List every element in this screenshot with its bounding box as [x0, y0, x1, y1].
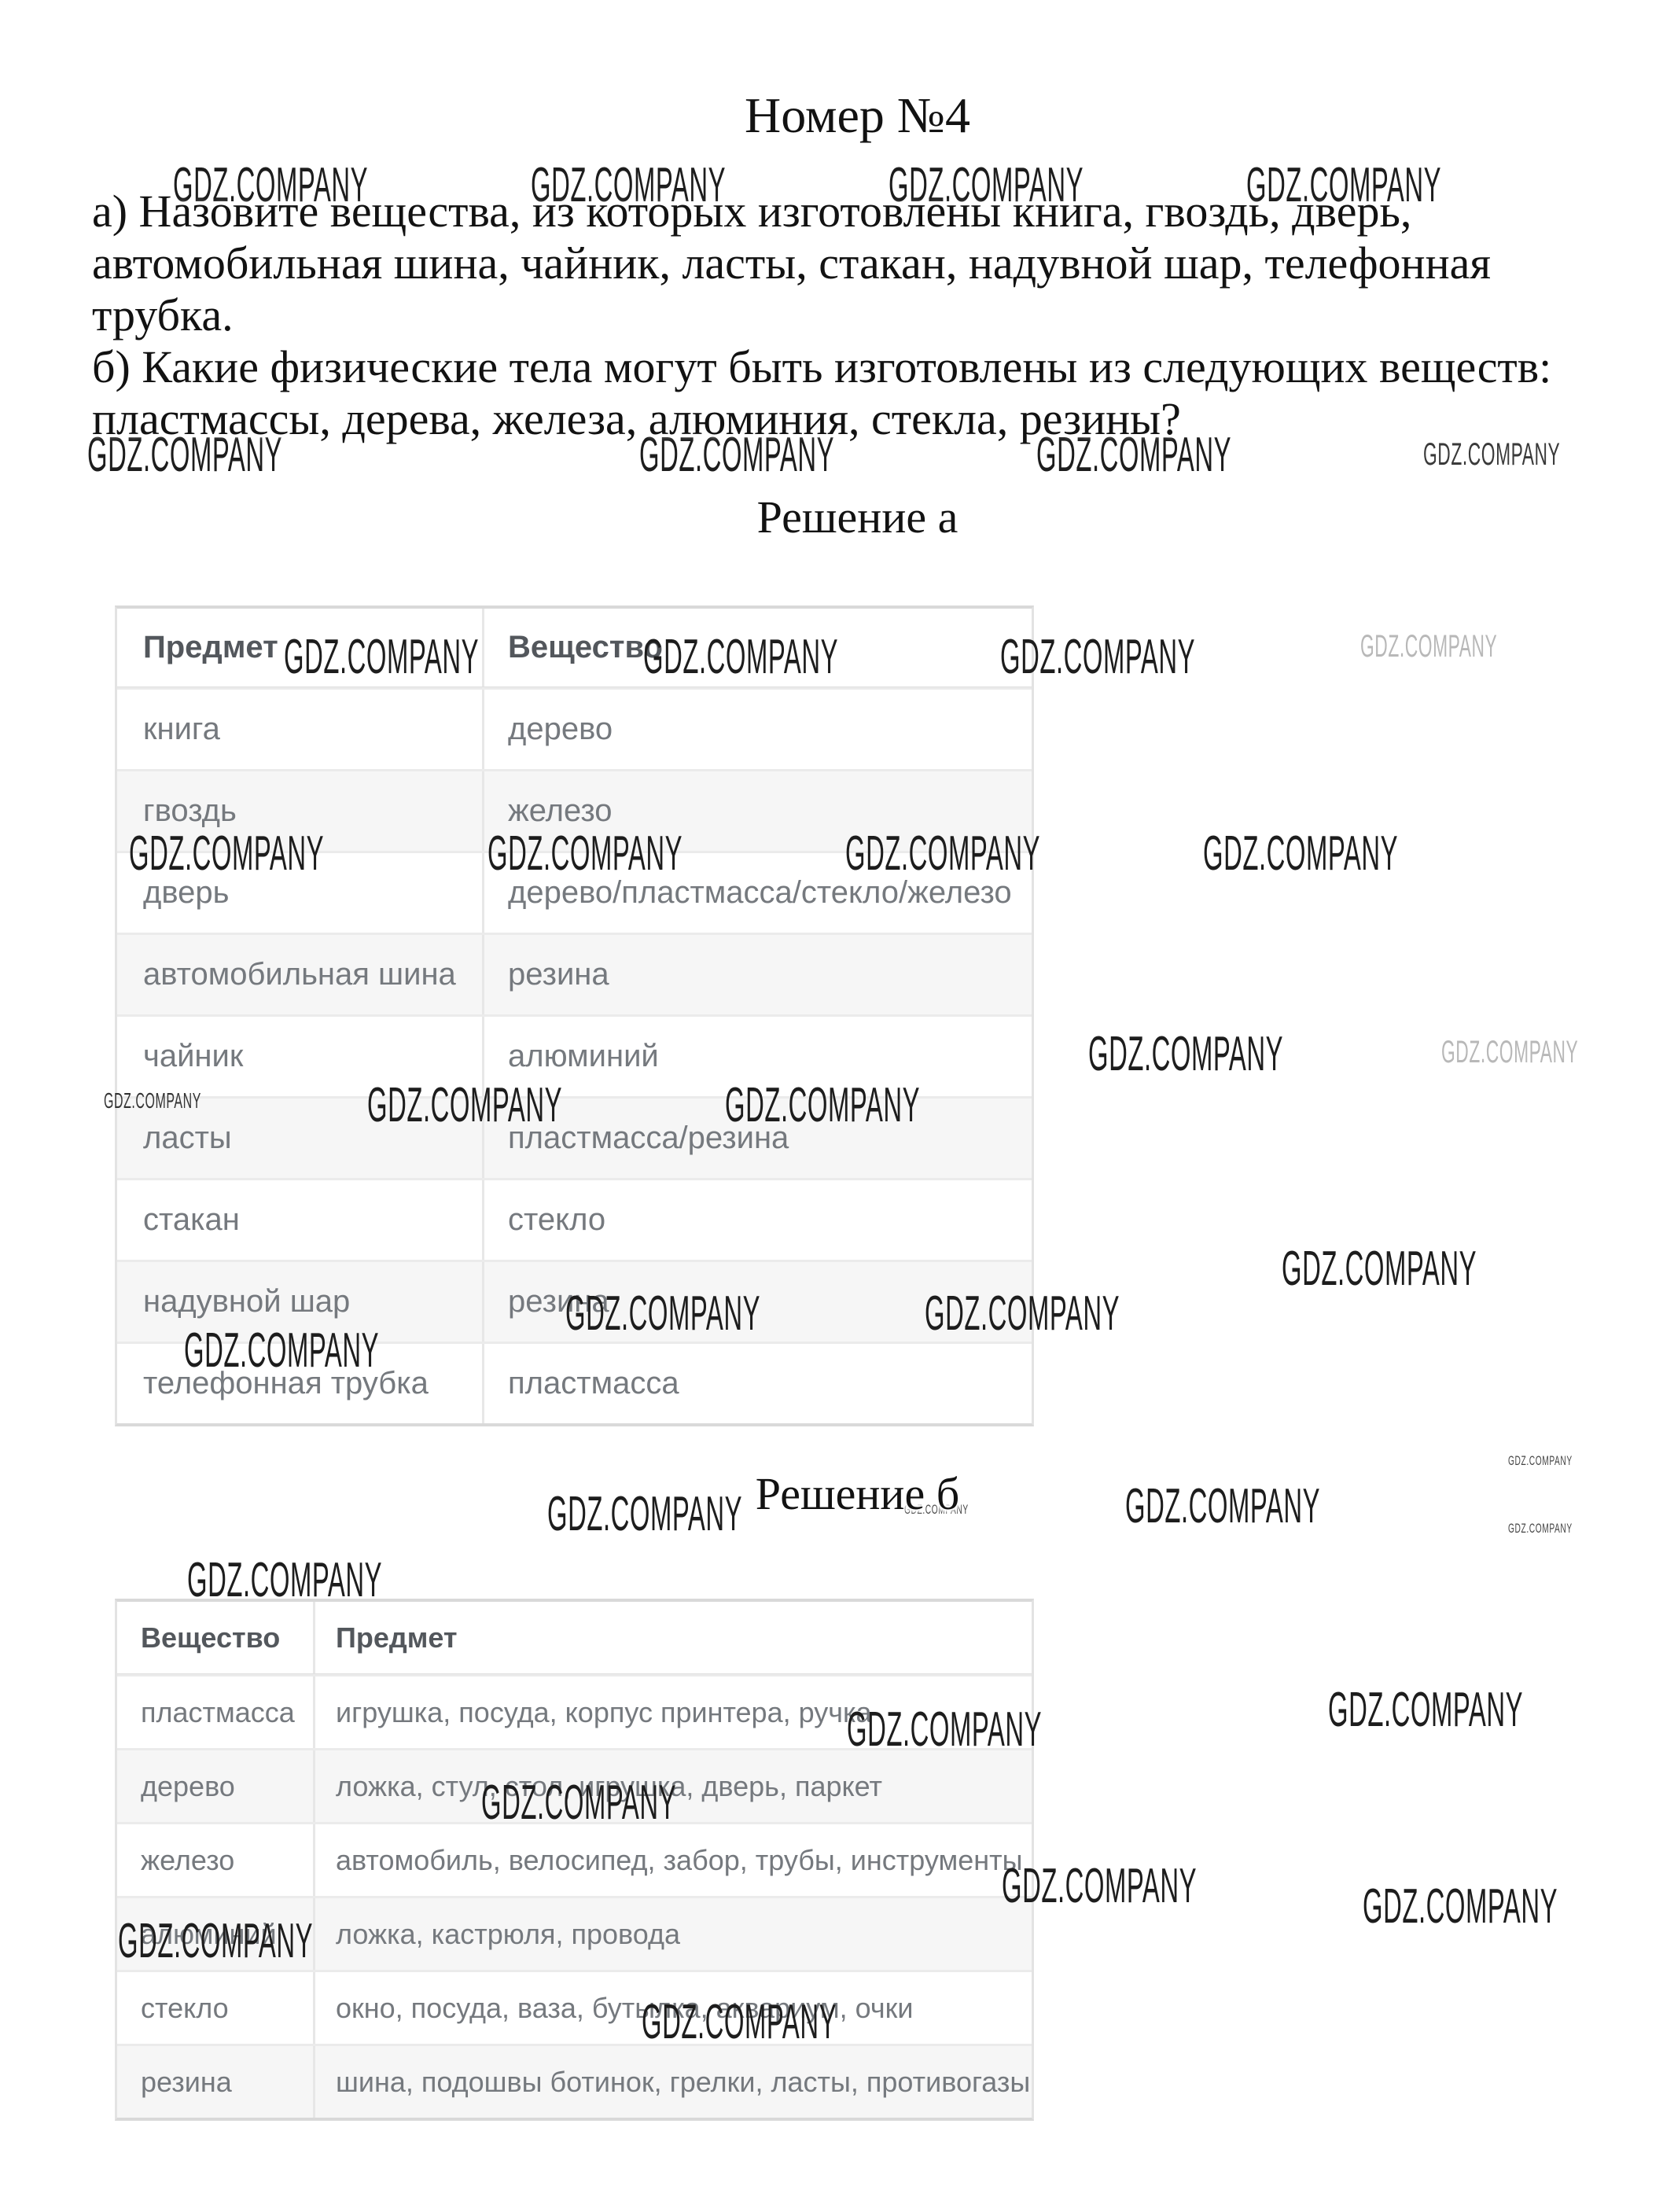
watermark-text: GDZ.COMPANY [1282, 1241, 1477, 1297]
watermark-text: GDZ.COMPANY [1000, 629, 1195, 685]
table-cell: автомобильная шина [117, 935, 484, 1014]
question-line: автомобильная шина, чайник, ласты, стака… [92, 237, 1551, 289]
watermark-text: GDZ.COMPANY [1508, 1453, 1573, 1469]
table-row: стаканстекло [117, 1178, 1032, 1260]
document-page: Номер №4 а) Назовите вещества, из которы… [0, 0, 1663, 2212]
page-title: Номер №4 [0, 86, 1663, 145]
watermark-text: GDZ.COMPANY [284, 629, 479, 685]
watermark-text: GDZ.COMPANY [1363, 1879, 1558, 1934]
table-row: железоавтомобиль, велосипед, забор, труб… [117, 1822, 1032, 1896]
table-header-cell: Вещество [117, 1602, 315, 1673]
watermark-text: GDZ.COMPANY [118, 1913, 313, 1969]
question-paragraph: а) Назовите вещества, из которых изготов… [92, 186, 1551, 445]
watermark-text: GDZ.COMPANY [565, 1286, 760, 1342]
watermark-text: GDZ.COMPANY [1088, 1026, 1283, 1082]
table-cell: дерево [117, 1750, 315, 1822]
watermark-text: GDZ.COMPANY [481, 1775, 676, 1831]
watermark-text: GDZ.COMPANY [1360, 629, 1497, 664]
table-cell: железо [117, 1824, 315, 1896]
table-header-cell: Предмет [315, 1602, 1032, 1673]
watermark-text: GDZ.COMPANY [367, 1077, 562, 1133]
watermark-text: GDZ.COMPANY [1002, 1858, 1197, 1914]
table-cell: пластмасса [484, 1344, 1032, 1423]
watermark-text: GDZ.COMPANY [725, 1077, 920, 1133]
table-row: стеклоокно, посуда, ваза, бутылка, аквар… [117, 1970, 1032, 2044]
watermark-text: GDZ.COMPANY [1508, 1521, 1573, 1537]
watermark-text: GDZ.COMPANY [643, 629, 838, 685]
watermark-text: GDZ.COMPANY [104, 1088, 201, 1113]
question-line: пластмассы, дерева, железа, алюминия, ст… [92, 393, 1551, 445]
question-line: а) Назовите вещества, из которых изготов… [92, 186, 1551, 237]
table-cell: шина, подошвы ботинок, грелки, ласты, пр… [315, 2046, 1032, 2118]
table-cell: автомобиль, велосипед, забор, трубы, инс… [315, 1824, 1032, 1896]
table-cell: пластмасса [117, 1676, 315, 1748]
watermark-text: GDZ.COMPANY [129, 826, 324, 881]
watermark-text: GDZ.COMPANY [1203, 826, 1398, 881]
watermark-text: GDZ.COMPANY [925, 1286, 1120, 1342]
watermark-text: GDZ.COMPANY [1328, 1682, 1523, 1738]
watermark-text: GDZ.COMPANY [187, 1552, 382, 1608]
question-line: б) Какие физические тела могут быть изго… [92, 341, 1551, 393]
table-cell: стакан [117, 1180, 484, 1260]
table-cell: дерево [484, 690, 1032, 769]
watermark-text: GDZ.COMPANY [845, 826, 1040, 881]
table-cell: книга [117, 690, 484, 769]
watermark-text: GDZ.COMPANY [487, 826, 682, 881]
watermark-text: GDZ.COMPANY [642, 1994, 837, 2050]
table-header-row: ПредметВещество [117, 609, 1032, 687]
table-header-row: ВеществоПредмет [117, 1602, 1032, 1674]
watermark-text: GDZ.COMPANY [1441, 1035, 1578, 1070]
table-cell: ложка, кастрюля, провода [315, 1898, 1032, 1970]
solution-b-table: ВеществоПредметпластмассаигрушка, посуда… [115, 1599, 1034, 2121]
table-row: книгадерево [117, 687, 1032, 769]
solution-a-heading: Решение а [0, 491, 1663, 543]
table-row: автомобильная шинарезина [117, 933, 1032, 1014]
solution-b-heading: Решение б [0, 1467, 1663, 1520]
table-cell: резина [117, 2046, 315, 2118]
table-cell: стекло [117, 1972, 315, 2044]
watermark-text: GDZ.COMPANY [184, 1323, 379, 1378]
watermark-text: GDZ.COMPANY [847, 1702, 1042, 1757]
question-line: трубка. [92, 289, 1551, 341]
table-cell: резина [484, 935, 1032, 1014]
table-row: резинашина, подошвы ботинок, грелки, лас… [117, 2044, 1032, 2118]
table-cell: стекло [484, 1180, 1032, 1260]
